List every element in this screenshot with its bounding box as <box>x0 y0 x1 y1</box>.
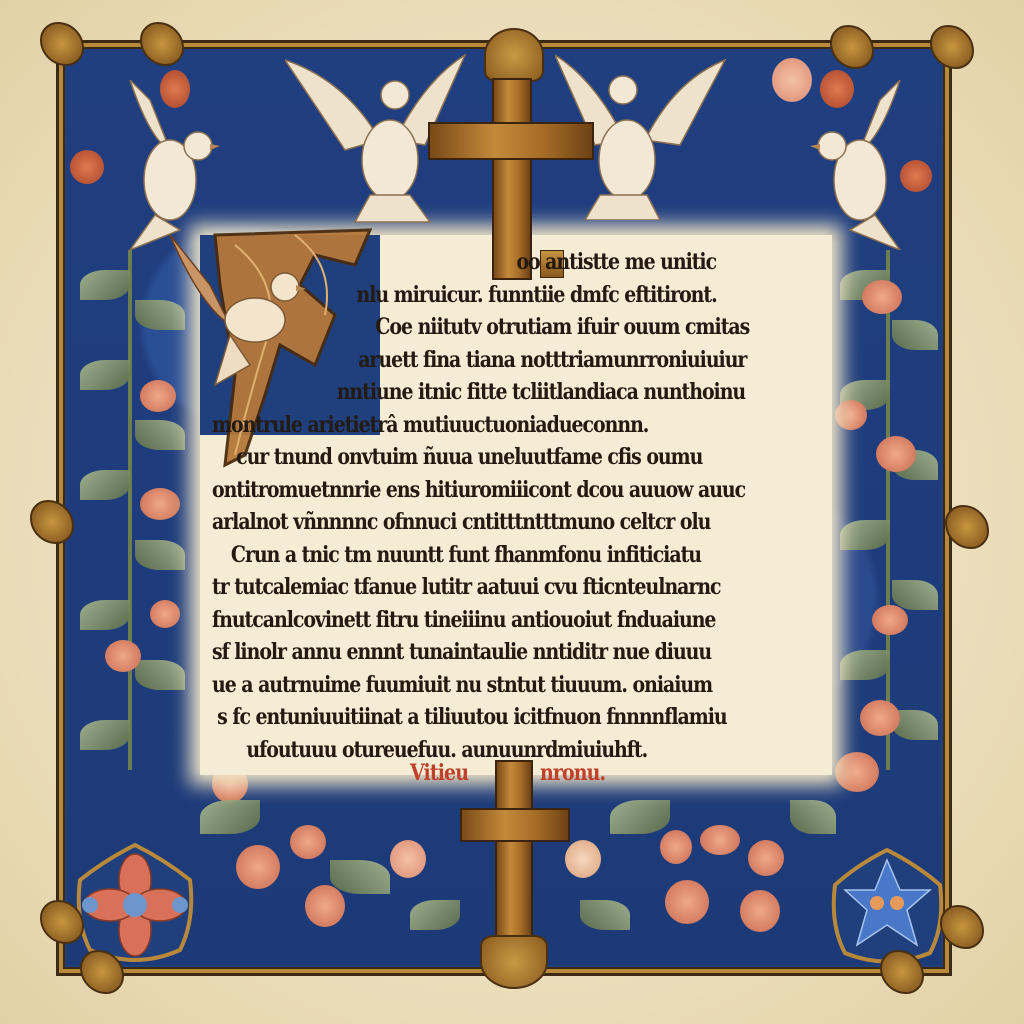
text-line: aruett fina tiana notttriamunrroniuiuiur <box>212 344 738 377</box>
rose-bud-icon <box>862 280 902 314</box>
text-line: arlalnot vñnnnnc ofnnuci cntitttntttmuno… <box>212 506 738 539</box>
right-vine-stem <box>886 250 890 770</box>
leaf-icon <box>135 540 185 570</box>
rose-bud-icon <box>105 640 141 672</box>
text-line: s fc entuniuuitiinat a tiliuutou icitfnu… <box>212 701 738 734</box>
text-line: ue a autrnuime fuumiuit nu stntut tiuuum… <box>212 669 738 702</box>
rose-bud-icon <box>565 840 601 878</box>
rose-bud-icon <box>700 825 740 855</box>
cross-upright <box>495 760 533 954</box>
cross-arm <box>428 122 594 160</box>
leaf-icon <box>80 720 130 750</box>
rose-bud-icon <box>748 840 784 876</box>
blue-flower-medallion-icon <box>825 845 950 970</box>
text-line: tr tutcalemiac tfanue lutitr aatuui cvu … <box>212 571 738 604</box>
leaf-icon <box>80 360 130 390</box>
leaf-icon <box>135 660 185 690</box>
red-rubric-left: Vitieu <box>410 760 468 786</box>
text-line: nlu miruicur. funntiie dmfc eftitiront. <box>212 279 738 312</box>
leaf-icon <box>610 800 670 834</box>
rose-bud-icon <box>740 890 780 932</box>
rose-bud-icon <box>236 845 280 889</box>
cross-arm <box>460 808 570 842</box>
leaf-icon <box>200 800 260 834</box>
text-line: Coe niitutv otrutiam ifuir ouum cmitas <box>212 311 738 344</box>
text-line: Crun a tnic tm nuuntt funt fhanmfonu inf… <box>212 539 738 572</box>
rose-bud-icon <box>140 488 180 520</box>
cross-crown-icon <box>484 28 544 82</box>
rose-bud-icon <box>290 825 326 859</box>
red-rubric-right: nronu. <box>540 760 605 786</box>
leaf-icon <box>80 270 130 300</box>
text-line: sf linolr annu ennnt tunaintaulie nntidi… <box>212 636 738 669</box>
rose-bud-icon <box>872 605 908 635</box>
leaf-icon <box>892 320 938 350</box>
left-vine-stem <box>128 250 132 770</box>
rose-bud-icon <box>665 880 709 924</box>
leaf-icon <box>80 470 130 500</box>
rose-bud-icon <box>150 600 180 628</box>
leaf-icon <box>840 650 890 680</box>
cross-base-icon <box>480 935 548 989</box>
leaf-icon <box>135 420 185 450</box>
rose-bud-icon <box>305 885 345 927</box>
text-line: nntiune itnic fitte tcliitlandiaca nunth… <box>212 376 738 409</box>
text-line: ufoutuuu otureuefuu. aunuunrdmiuiuhft. <box>212 734 738 767</box>
manuscript-text-block: oo antistte me unitic nlu miruicur. funn… <box>212 246 824 766</box>
leaf-icon <box>580 900 630 930</box>
text-line: oo antistte me unitic <box>212 246 738 279</box>
rose-bud-icon <box>660 830 692 864</box>
leaf-icon <box>410 900 460 930</box>
text-line: montrule arietietrâ mutiuuctuoniadueconn… <box>212 409 738 442</box>
leaf-icon <box>892 580 938 610</box>
text-line: cur tnund onvtuim ñuua uneluutfame cfis … <box>212 441 738 474</box>
rose-bud-icon <box>835 400 867 430</box>
leaf-icon <box>80 600 130 630</box>
top-left-dove-icon <box>110 80 230 250</box>
pomegranate-icon <box>70 150 104 184</box>
text-line: fnutcanlcovinett fitru tineiiinu antiouo… <box>212 604 738 637</box>
rose-bud-icon <box>390 840 426 878</box>
top-right-dove-icon <box>800 80 920 250</box>
leaf-icon <box>330 860 390 894</box>
rose-bud-icon <box>835 752 879 792</box>
text-line: ontitromuetnnrie ens hitiuromiiicont dco… <box>212 474 738 507</box>
leaf-icon <box>790 800 836 834</box>
leaf-icon <box>840 520 890 550</box>
rose-bud-icon <box>876 436 916 472</box>
rose-bud-icon <box>860 700 900 736</box>
